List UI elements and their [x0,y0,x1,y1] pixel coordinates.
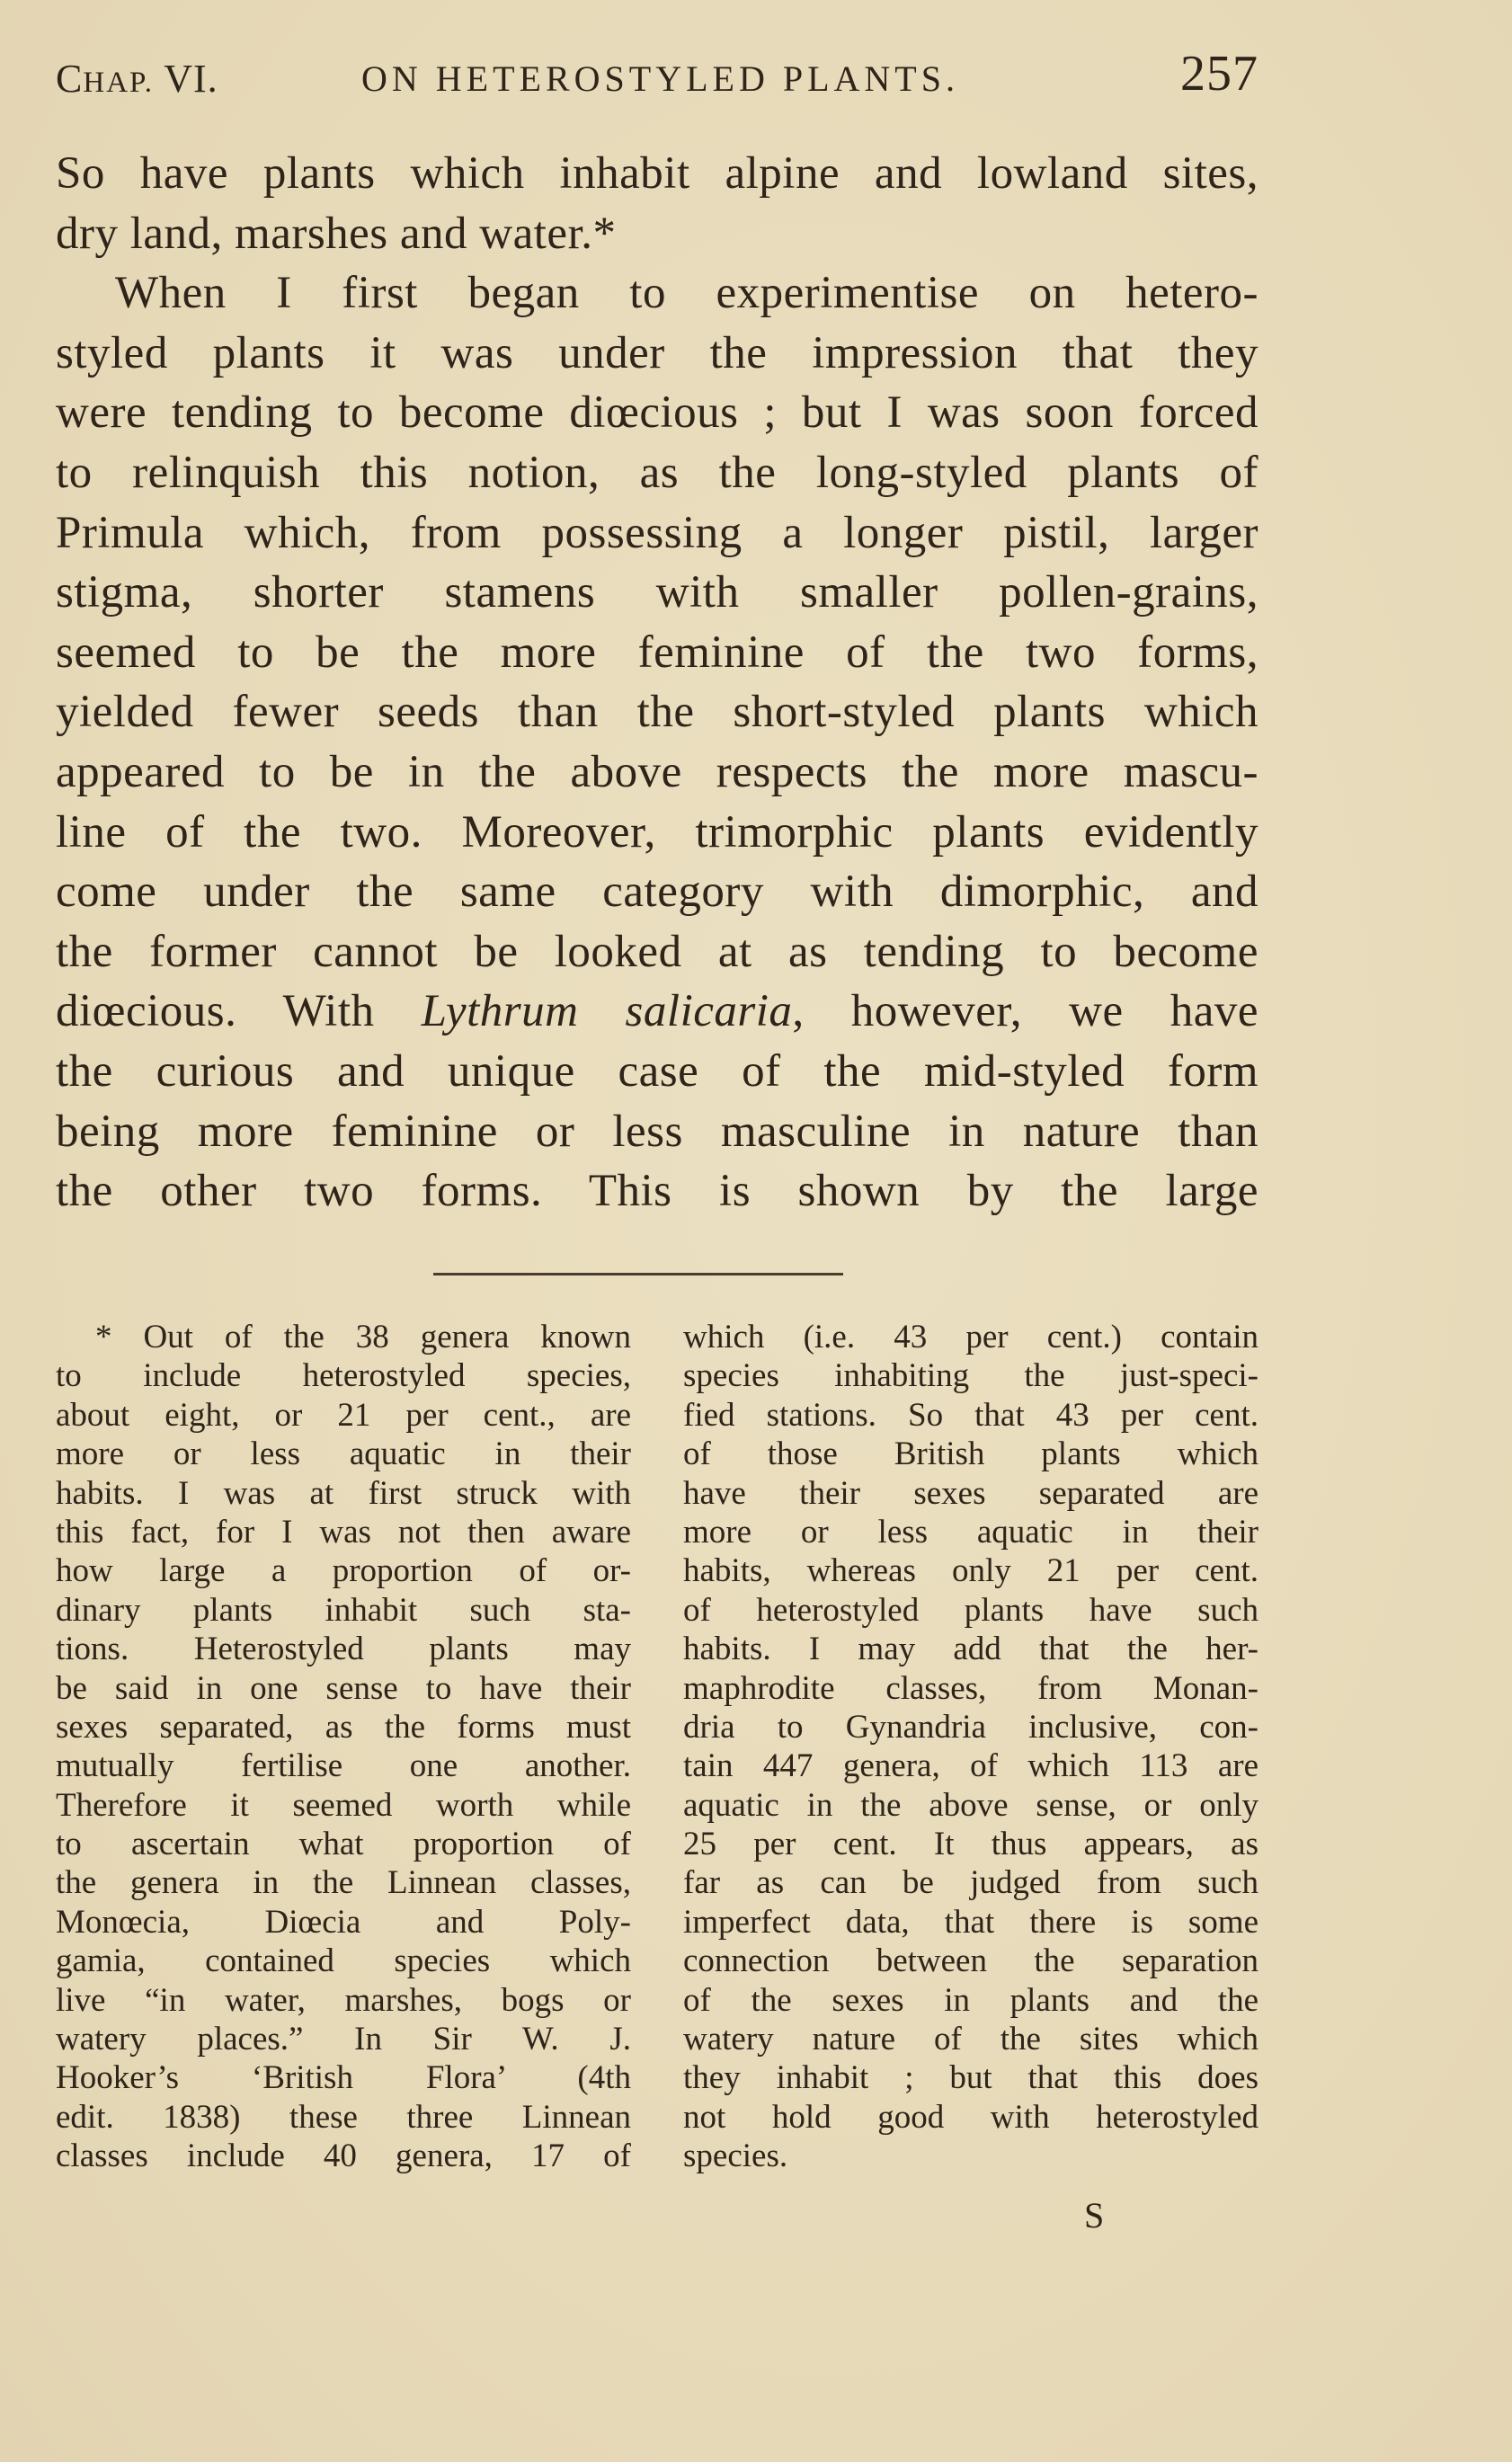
footnote-line: which (i.e. 43 per cent.) contain [683,1318,1259,1356]
footnote-line: habits. I was at first struck with [56,1474,631,1513]
footnote-line: classes include 40 genera, 17 of [56,2137,631,2175]
running-head: CHAP. VI. ON HETEROSTYLED PLANTS. 257 [56,52,1259,106]
footnote-line: mutually fertilise one another. [56,1747,631,1785]
footnote-line: this fact, for I was not then aware [56,1513,631,1551]
footnote-line: watery places.” In Sir W. J. [56,2020,631,2058]
footnote-line: the genera in the Linnean classes, [56,1863,631,1902]
footnote-line: of the sexes in plants and the [683,1981,1259,2020]
chapter-label: CHAP. VI. [56,52,218,110]
footnote-line: 25 per cent. It thus appears, as [683,1825,1259,1863]
text-line: seemed to be the more feminine of the tw… [56,623,1259,683]
footnote-line: connection between the separation [683,1942,1259,1980]
footnote-line: dria to Gynandria inclusive, con- [683,1708,1259,1747]
text-line: the curious and unique case of the mid-s… [56,1042,1259,1102]
text-line: So have plants which inhabit alpine and … [56,144,1259,204]
text-fragment: , however, we have [792,986,1259,1036]
footnote-column-left: * Out of the 38 genera known to include … [56,1318,631,2176]
text-line: to relinquish this notion, as the long-s… [56,443,1259,503]
footnote-line: habits, whereas only 21 per cent. [683,1551,1259,1590]
footnote-line: * Out of the 38 genera known [56,1318,631,1356]
text-line: styled plants it was under the impressio… [56,324,1259,384]
text-line: come under the same category with dimorp… [56,862,1259,922]
footnote-line: they inhabit ; but that this does [683,2058,1259,2097]
footnote-line: aquatic in the above sense, or only [683,1786,1259,1825]
footnote-line: live “in water, marshes, bogs or [56,1981,631,2020]
footnote-line: of heterostyled plants have such [683,1591,1259,1630]
book-page: CHAP. VI. ON HETEROSTYLED PLANTS. 257 So… [0,0,1512,2462]
footnote-line: species inhabiting the just-speci- [683,1356,1259,1395]
chapter-number: VI. [164,57,218,101]
text-line: stigma, shorter stamens with smaller pol… [56,563,1259,623]
footnote-line: of those British plants which [683,1435,1259,1473]
footnote-line: Monœcia, Diœcia and Poly- [56,1903,631,1942]
footnote-line: gamia, contained species which [56,1942,631,1980]
footnote-line: habits. I may add that the her- [683,1630,1259,1668]
chapter-smallcaps: HAP. [83,67,154,99]
footnote-line: imperfect data, that there is some [683,1903,1259,1942]
footnote-line: watery nature of the sites which [683,2020,1259,2058]
text-fragment: diœcious. With [56,986,422,1036]
footnote-line: to include heterostyled species, [56,1356,631,1395]
footnote-line: maphrodite classes, from Monan- [683,1669,1259,1708]
footnote-divider [433,1273,843,1275]
text-line: yielded fewer seeds than the short-style… [56,682,1259,742]
text-line-with-species: diœcious. With Lythrum salicaria, howeve… [56,982,1259,1042]
footnote-line: to ascertain what proportion of [56,1825,631,1863]
chapter-initial: C [56,57,83,101]
footnote-line: far as can be judged from such [683,1863,1259,1902]
main-text: So have plants which inhabit alpine and … [56,144,1259,1222]
footnote-line: tions. Heterostyled plants may [56,1630,631,1668]
text-line: dry land, marshes and water.* [56,204,1259,264]
footnote-line: fied stations. So that 43 per cent. [683,1396,1259,1435]
text-line: line of the two. Moreover, trimorphic pl… [56,803,1259,863]
text-line: were tending to become diœcious ; but I … [56,383,1259,443]
text-line: the other two forms. This is shown by th… [56,1161,1259,1222]
footnote-line: Hooker’s ‘British Flora’ (4th [56,2058,631,2097]
text-line: being more feminine or less masculine in… [56,1102,1259,1162]
footnote-line: sexes separated, as the forms must [56,1708,631,1747]
footnote-line: about eight, or 21 per cent., are [56,1396,631,1435]
footnote-line: have their sexes separated are [683,1474,1259,1513]
footnote-line: dinary plants inhabit such sta- [56,1591,631,1630]
footnote-line: species. [683,2137,1259,2175]
footnote-line: how large a proportion of or- [56,1551,631,1590]
footnote-line: tain 447 genera, of which 113 are [683,1747,1259,1785]
text-line: appeared to be in the above respects the… [56,742,1259,803]
signature-mark: S [1084,2193,1104,2238]
running-title: ON HETEROSTYLED PLANTS. [361,52,959,106]
text-line: the former cannot be looked at as tendin… [56,922,1259,982]
footnote-line: not hold good with heterostyled [683,2098,1259,2137]
footnote-line: Therefore it seemed worth while [56,1786,631,1825]
footnote-line: be said in one sense to have their [56,1669,631,1708]
footnote-line: edit. 1838) these three Linnean [56,2098,631,2137]
paragraph-start-line: When I first began to experimentise on h… [56,263,1259,324]
footnote-line: more or less aquatic in their [683,1513,1259,1551]
text-line: Primula which, from possessing a longer … [56,503,1259,564]
page-number: 257 [1180,47,1259,101]
species-name: Lythrum salicaria [422,986,793,1036]
footnote-column-right: which (i.e. 43 per cent.) contain specie… [683,1318,1259,2176]
footnote-line: more or less aquatic in their [56,1435,631,1473]
